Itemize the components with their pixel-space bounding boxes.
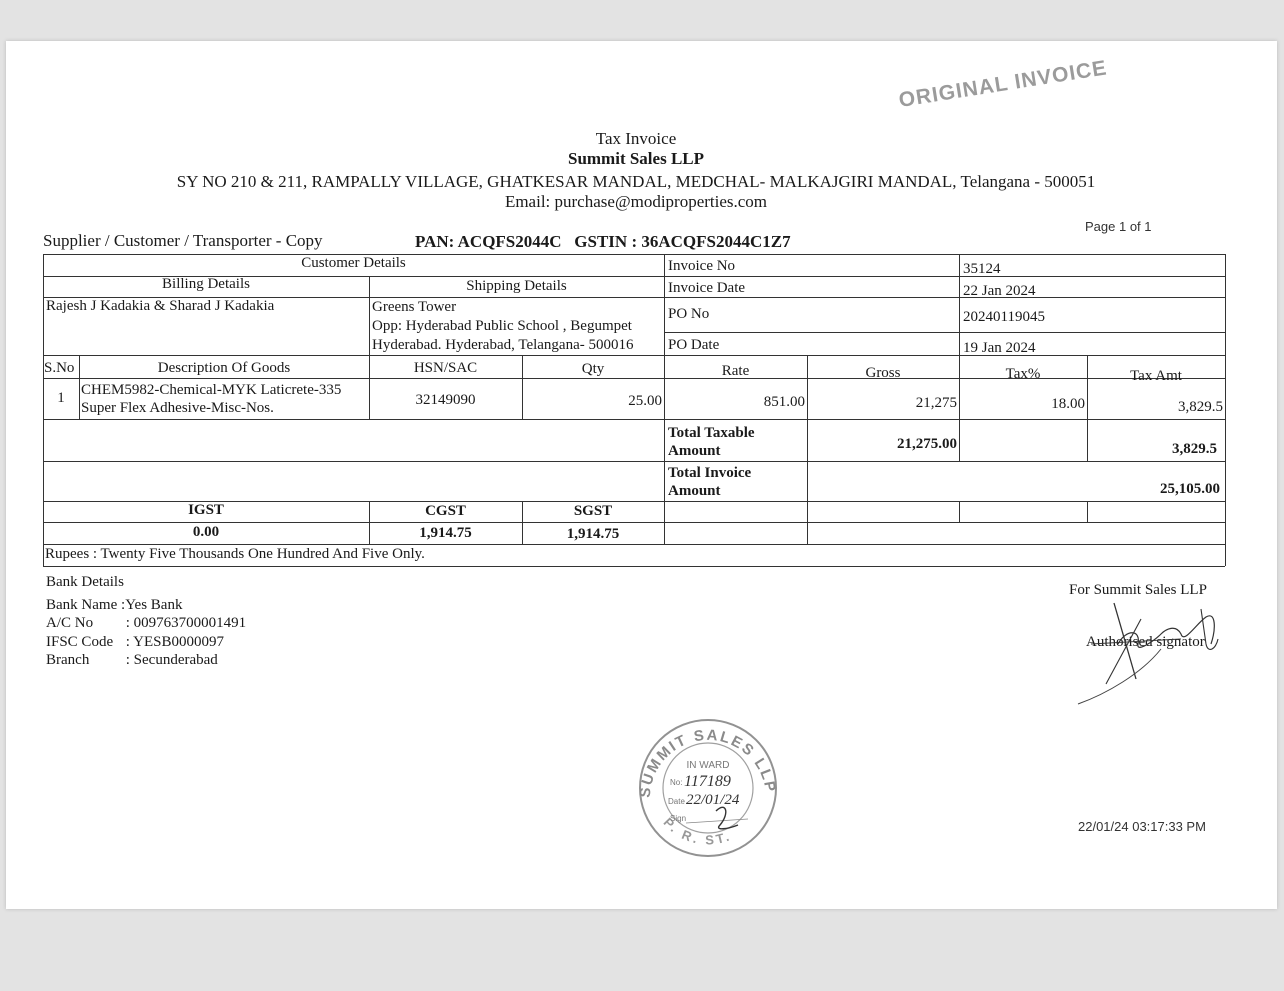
item-hsn: 32149090: [369, 392, 522, 409]
document-title: Tax Invoice: [6, 129, 1266, 149]
col-tax-amt: Tax Amt: [1087, 368, 1225, 385]
sgst-label: SGST: [522, 503, 664, 520]
total-invoice-label: Total Invoice: [668, 465, 751, 482]
billing-details-header: Billing Details: [43, 276, 369, 293]
cgst-value: 1,914.75: [369, 525, 522, 542]
shipping-line: Opp: Hyderabad Public School , Begumpet: [372, 318, 632, 335]
svg-text:22/01/24: 22/01/24: [686, 792, 740, 808]
ifsc-value: : YESB0000097: [126, 634, 224, 650]
po-date-label: PO Date: [668, 337, 719, 354]
branch-label: Branch: [46, 652, 122, 669]
account-no-label: A/C No: [46, 615, 122, 632]
col-hsn: HSN/SAC: [369, 360, 522, 377]
svg-text:Sign: Sign: [670, 814, 686, 823]
ifsc-label: IFSC Code: [46, 634, 122, 651]
igst-label: IGST: [43, 502, 369, 519]
item-description: Super Flex Adhesive-Misc-Nos.: [81, 400, 274, 417]
total-taxable-label: Total Taxable: [668, 425, 755, 442]
col-description: Description Of Goods: [79, 360, 369, 377]
col-rate: Rate: [664, 363, 807, 380]
signature-scribble-icon: [1066, 589, 1236, 709]
po-date-value: 19 Jan 2024: [963, 340, 1036, 357]
item-rate: 851.00: [664, 394, 805, 411]
company-email: Email: purchase@modiproperties.com: [6, 192, 1266, 212]
po-no-label: PO No: [668, 306, 709, 323]
shipping-details-header: Shipping Details: [369, 278, 664, 295]
bank-name-label: Bank Name :: [46, 597, 122, 614]
invoice-page: Tax Invoice Summit Sales LLP SY NO 210 &…: [6, 41, 1277, 909]
original-invoice-stamp: ORIGINAL INVOICE: [897, 56, 1109, 113]
invoice-date-label: Invoice Date: [668, 280, 745, 297]
page-indicator: Page 1 of 1: [1085, 219, 1152, 234]
company-address: SY NO 210 & 211, RAMPALLY VILLAGE, GHATK…: [6, 172, 1266, 192]
item-tax-pct: 18.00: [959, 396, 1085, 413]
total-taxable-amount: 21,275.00: [807, 436, 957, 453]
copy-label: Supplier / Customer / Transporter - Copy: [43, 231, 323, 251]
total-taxable-tax: 3,829.5: [1087, 441, 1217, 458]
amount-in-words: Rupees : Twenty Five Thousands One Hundr…: [45, 546, 425, 563]
invoice-no-label: Invoice No: [668, 258, 735, 275]
item-qty: 25.00: [522, 393, 662, 410]
shipping-line: Greens Tower: [372, 299, 456, 316]
svg-text:Date: Date: [668, 797, 685, 806]
total-taxable-label: Amount: [668, 443, 721, 460]
svg-text:117189: 117189: [684, 773, 731, 790]
branch-value: : Secunderabad: [126, 652, 218, 668]
bank-name-value: Yes Bank: [125, 597, 182, 613]
col-qty: Qty: [522, 361, 664, 378]
invoice-date-value: 22 Jan 2024: [963, 283, 1036, 300]
inward-seal-stamp: SUMMIT SALES LLP P. R. ST. IN WARD No: 1…: [628, 713, 788, 863]
account-no-value: : 009763700001491: [126, 615, 246, 631]
account-no-row: A/C No : 009763700001491: [46, 615, 246, 632]
billing-name: Rajesh J Kadakia & Sharad J Kadakia: [46, 298, 274, 315]
total-invoice-amount: 25,105.00: [1087, 481, 1220, 498]
item-description: CHEM5982-Chemical-MYK Laticrete-335: [81, 382, 341, 399]
bank-heading: Bank Details: [46, 574, 124, 591]
item-gross: 21,275: [807, 395, 957, 412]
invoice-no-value: 35124: [963, 261, 1001, 278]
print-timestamp: 22/01/24 03:17:33 PM: [1078, 819, 1206, 834]
bank-name-row: Bank Name : Yes Bank: [46, 597, 182, 614]
po-no-value: 20240119045: [963, 309, 1045, 326]
item-sno: 1: [43, 390, 79, 407]
sgst-value: 1,914.75: [522, 526, 664, 543]
customer-details-header: Customer Details: [43, 255, 664, 272]
igst-value: 0.00: [43, 524, 369, 541]
item-tax-amt: 3,829.5: [1087, 399, 1223, 416]
ifsc-row: IFSC Code : YESB0000097: [46, 634, 224, 651]
cgst-label: CGST: [369, 503, 522, 520]
total-invoice-label: Amount: [668, 483, 721, 500]
pan-gstin: PAN: ACQFS2044C GSTIN : 36ACQFS2044C1Z7: [415, 232, 791, 252]
branch-row: Branch : Secunderabad: [46, 652, 218, 669]
company-name: Summit Sales LLP: [6, 149, 1266, 169]
col-tax-pct: Tax%: [959, 366, 1087, 383]
col-gross: Gross: [807, 365, 959, 382]
svg-text:No:: No:: [670, 778, 682, 787]
shipping-line: Hyderabad. Hyderabad, Telangana- 500016: [372, 337, 634, 354]
svg-text:IN WARD: IN WARD: [687, 760, 730, 771]
col-sno: S.No: [44, 360, 74, 377]
